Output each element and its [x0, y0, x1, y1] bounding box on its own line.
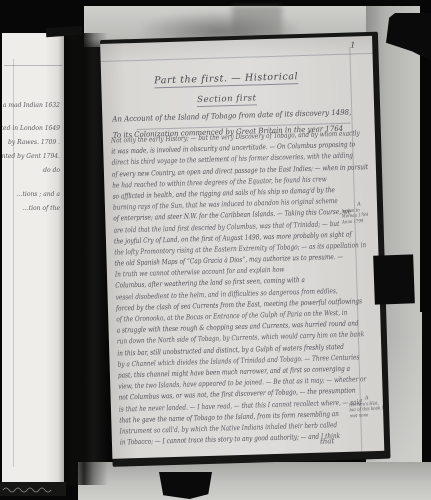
left-page-edge-strip	[0, 482, 66, 496]
margin-note-lines: Jordan toMoreau 1784Anno 1799	[341, 207, 373, 226]
photo-background: of a mad Indian 1632printed in London 16…	[0, 0, 431, 500]
left-page-fragment: …tions ; and a	[2, 188, 62, 202]
left-page-fragment: printed in London 1649	[2, 122, 62, 136]
mid-right-notch	[373, 254, 415, 304]
left-page-text: of a mad Indian 1632printed in London 16…	[2, 99, 62, 216]
black-tab	[159, 472, 212, 499]
section-subtitle: Section first	[197, 93, 257, 107]
page-top-rule	[101, 53, 373, 62]
manuscript-page: 1 Part the first. — Historical Section f…	[100, 36, 384, 459]
gutter-shadow	[58, 33, 108, 485]
margin-note-lines: Herrera's Hist.but of this book Imet non…	[349, 400, 384, 419]
left-page: of a mad Indian 1632printed in London 16…	[2, 33, 64, 483]
left-page-fragment: …tion of the	[2, 202, 62, 216]
bottom-surface	[78, 462, 431, 500]
page-number: 1	[350, 40, 368, 50]
section-title: Part the first. — Historical	[154, 71, 298, 88]
book-cover: 1 Part the first. — Historical Section f…	[100, 32, 391, 467]
catchword: that	[320, 437, 335, 445]
left-page-fragment: by Rawes. 1709 .	[2, 136, 62, 150]
edge-squiggle-decoration	[0, 482, 60, 496]
heading-line: An Account of the Island of Tobago from …	[112, 107, 342, 126]
margin-note: A Herrera's Hist.but of this book Imet n…	[349, 395, 385, 403]
left-page-fragment: of a mad Indian 1632	[2, 99, 62, 113]
margin-note: A Jordan toMoreau 1784Anno 1799	[341, 201, 377, 209]
body-text: Not only the early History; — but the ve…	[111, 127, 382, 448]
left-page-fragment: do do	[2, 164, 62, 178]
left-page-fragment: printed by Gent 1794.	[2, 150, 62, 164]
